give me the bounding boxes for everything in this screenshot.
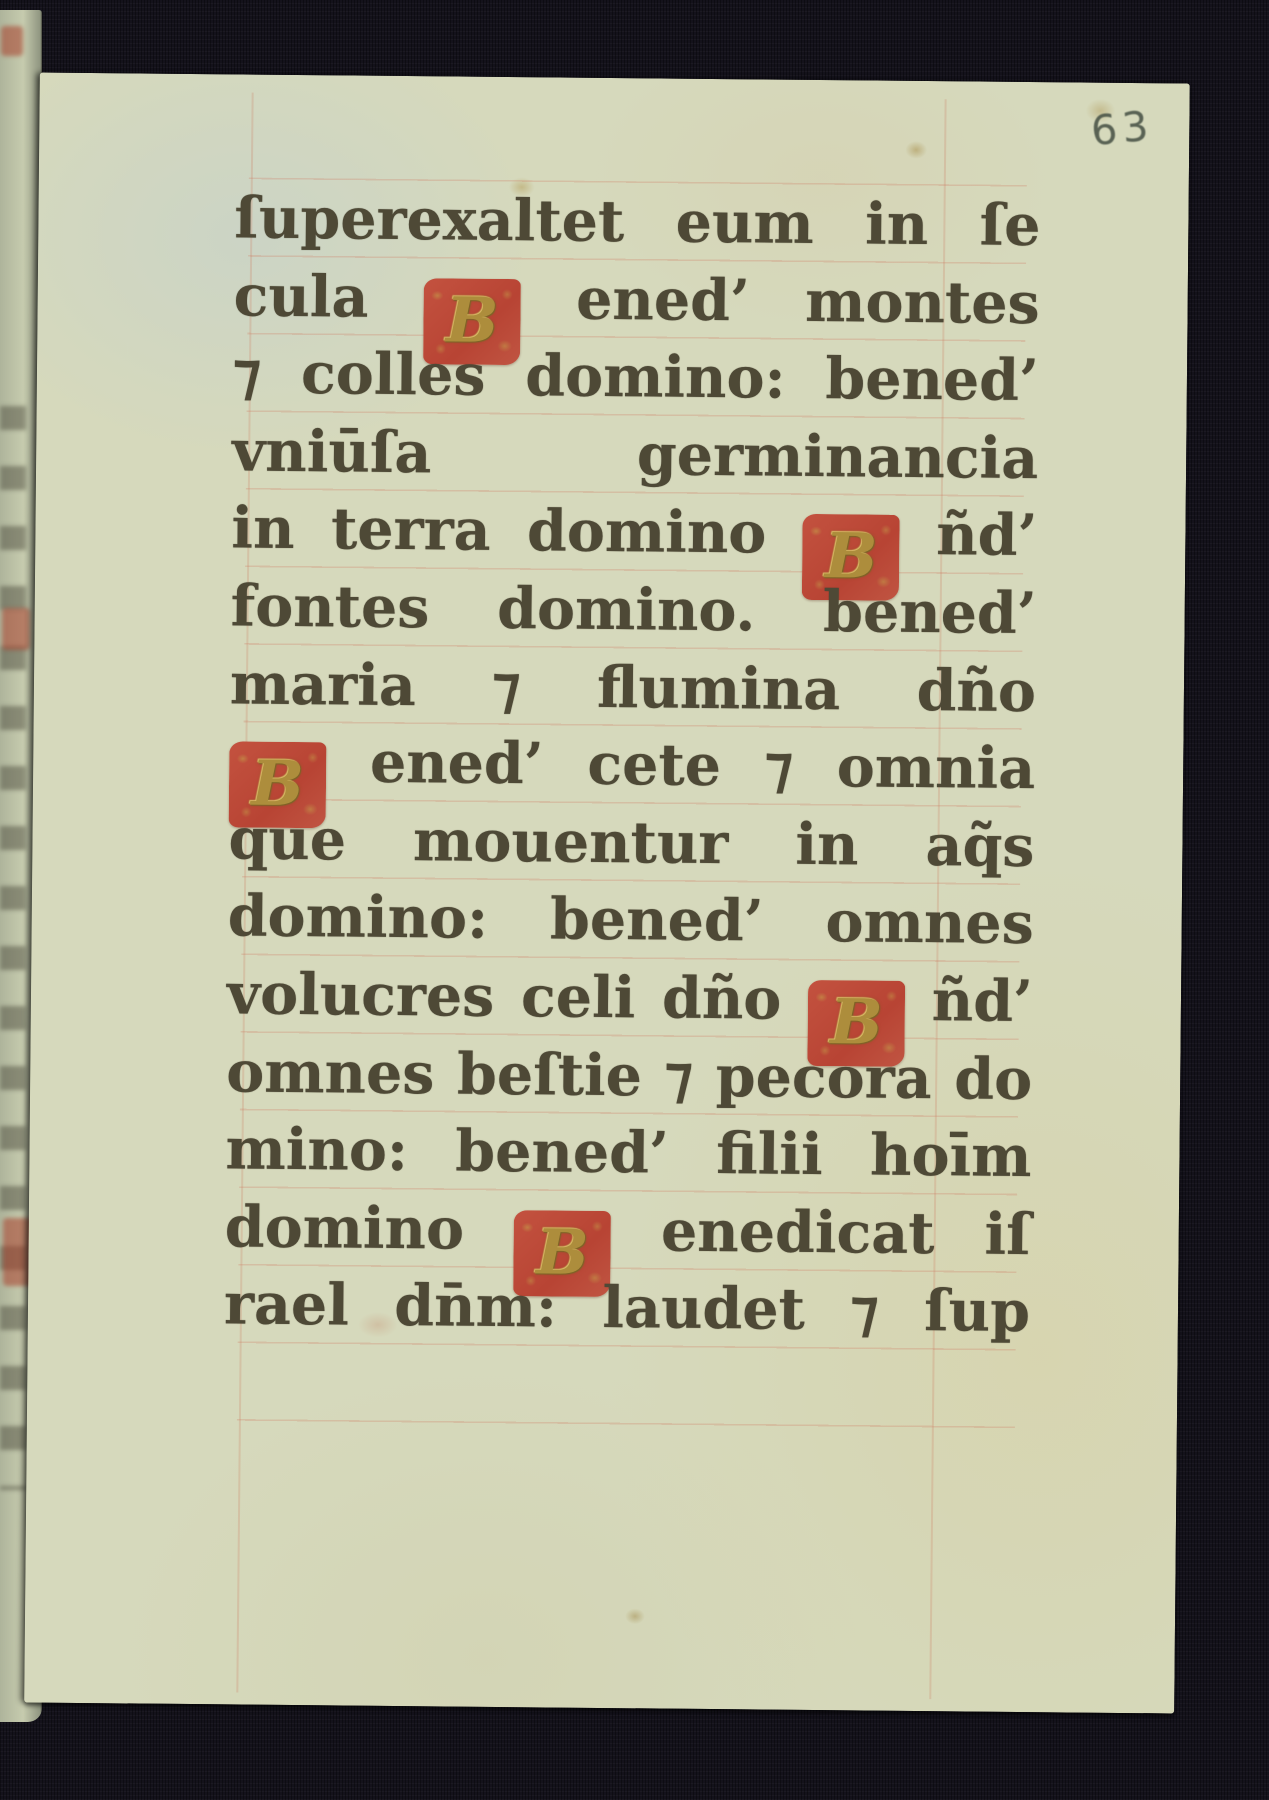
script-text: ñd’ [932, 967, 1034, 1035]
text-line-10: domino: bened’ omnes [227, 877, 1034, 963]
script-text: maria ⁊ flumina dño [230, 650, 1037, 725]
script-text: mino: bened’ filii hoīm [225, 1115, 1032, 1190]
text-line-15: rael dn̄m: laudet ⁊ ſup [224, 1265, 1031, 1351]
script-text: que mouentur in aq̃s [228, 805, 1035, 880]
script-text: cula [233, 262, 368, 330]
fore-edge-red-mark [2, 608, 30, 650]
script-text: volucres celi dño [227, 960, 782, 1032]
script-text: enedicat iſ [661, 1198, 1031, 1269]
script-text: domino [224, 1193, 464, 1262]
text-line-12: omnes beſtie ⁊ pecora do [226, 1033, 1033, 1119]
text-line-1: ſuperexaltet eum in ſe [234, 179, 1041, 265]
script-text: domino: bened’ omnes [227, 882, 1034, 957]
script-text: vniūſa germinancia [232, 417, 1039, 492]
manuscript-leaf: 63 ſuperexaltet eum in ſecula B ened’ mo… [24, 73, 1190, 1714]
text-line-8: B ened’ cete ⁊ omnia [229, 722, 1036, 808]
text-line-13: mino: bened’ filii hoīm [225, 1110, 1032, 1196]
text-line-7: maria ⁊ flumina dño [230, 645, 1037, 731]
script-text: ñd’ [936, 501, 1038, 569]
text-line-6: fontes domino. bened’ [230, 567, 1037, 653]
text-line-2: cula B ened’ montes [233, 257, 1040, 343]
text-line-5: in terra domino B ñd’ [231, 489, 1038, 575]
text-line-9: que mouentur in aq̃s [228, 800, 1035, 886]
script-text: ⁊ colles domino: bened’ [233, 339, 1040, 414]
text-block: ſuperexaltet eum in ſecula B ened’ monte… [24, 73, 1190, 1714]
text-line-14: domino B enedicat iſ [224, 1188, 1031, 1274]
script-text: ened’ cete ⁊ omnia [370, 729, 1036, 802]
script-text: ſuperexaltet eum in ſe [234, 184, 1041, 259]
script-text: omnes beſtie ⁊ pecora do [226, 1038, 1033, 1113]
fore-edge-red-mark [1, 26, 23, 56]
script-text: in terra domino [231, 494, 767, 566]
text-line-11: volucres celi dño B ñd’ [227, 955, 1034, 1041]
script-text: fontes domino. bened’ [230, 572, 1037, 647]
text-line-4: vniūſa germinancia [232, 412, 1039, 498]
text-line-3: ⁊ colles domino: bened’ [233, 334, 1040, 420]
script-text: rael dn̄m: laudet ⁊ ſup [224, 1270, 1031, 1345]
script-text: ened’ montes [576, 266, 1040, 337]
